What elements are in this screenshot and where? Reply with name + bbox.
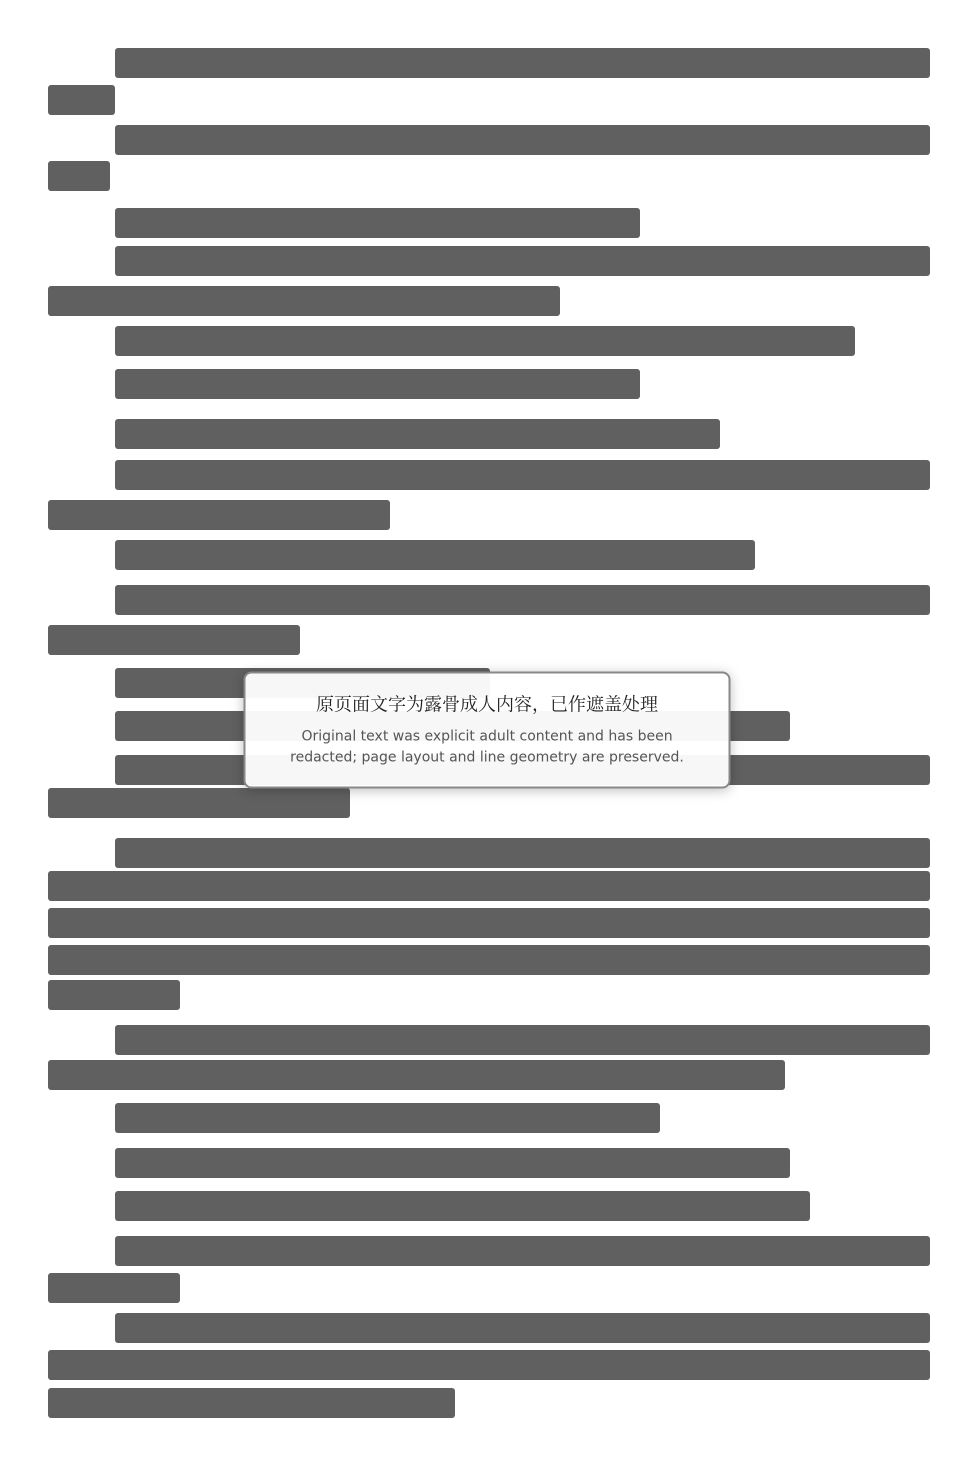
redacted-text-line [115,1191,810,1221]
redacted-text-line [48,161,110,191]
redacted-text-line [48,1060,785,1090]
redacted-text-line [115,369,640,399]
redacted-text-line [115,540,755,570]
redacted-text-line [48,500,390,530]
redacted-text-line [115,125,930,155]
redacted-text-line [115,246,930,276]
redacted-text-line [115,208,640,238]
redacted-text-line [115,1103,660,1133]
redacted-text-line [48,908,930,938]
redacted-text-line [115,326,855,356]
redacted-text-line [48,871,930,901]
redacted-text-line [48,1350,930,1380]
redacted-text-line [48,625,300,655]
redaction-notice: 原页面文字为露骨成人内容，已作遮盖处理 Original text was ex… [244,671,731,788]
redacted-text-line [115,838,930,868]
redaction-notice-zh: 原页面文字为露骨成人内容，已作遮盖处理 [316,694,658,715]
redacted-text-line [115,48,930,78]
redacted-text-line [115,585,930,615]
redacted-text-line [48,788,350,818]
redacted-text-line [48,980,180,1010]
redacted-text-line [115,460,930,490]
redacted-text-line [48,1388,455,1418]
redaction-notice-en: Original text was explicit adult content… [274,726,701,768]
redacted-text-line [115,419,720,449]
redacted-text-line [48,1273,180,1303]
redacted-text-line [115,1313,930,1343]
redacted-text-line [115,1148,790,1178]
redacted-text-line [115,1236,930,1266]
document-page: 原页面文字为露骨成人内容，已作遮盖处理 Original text was ex… [0,0,974,1459]
redacted-text-line [48,85,115,115]
redacted-text-line [48,945,930,975]
redacted-text-line [48,286,560,316]
redacted-text-line [115,1025,930,1055]
